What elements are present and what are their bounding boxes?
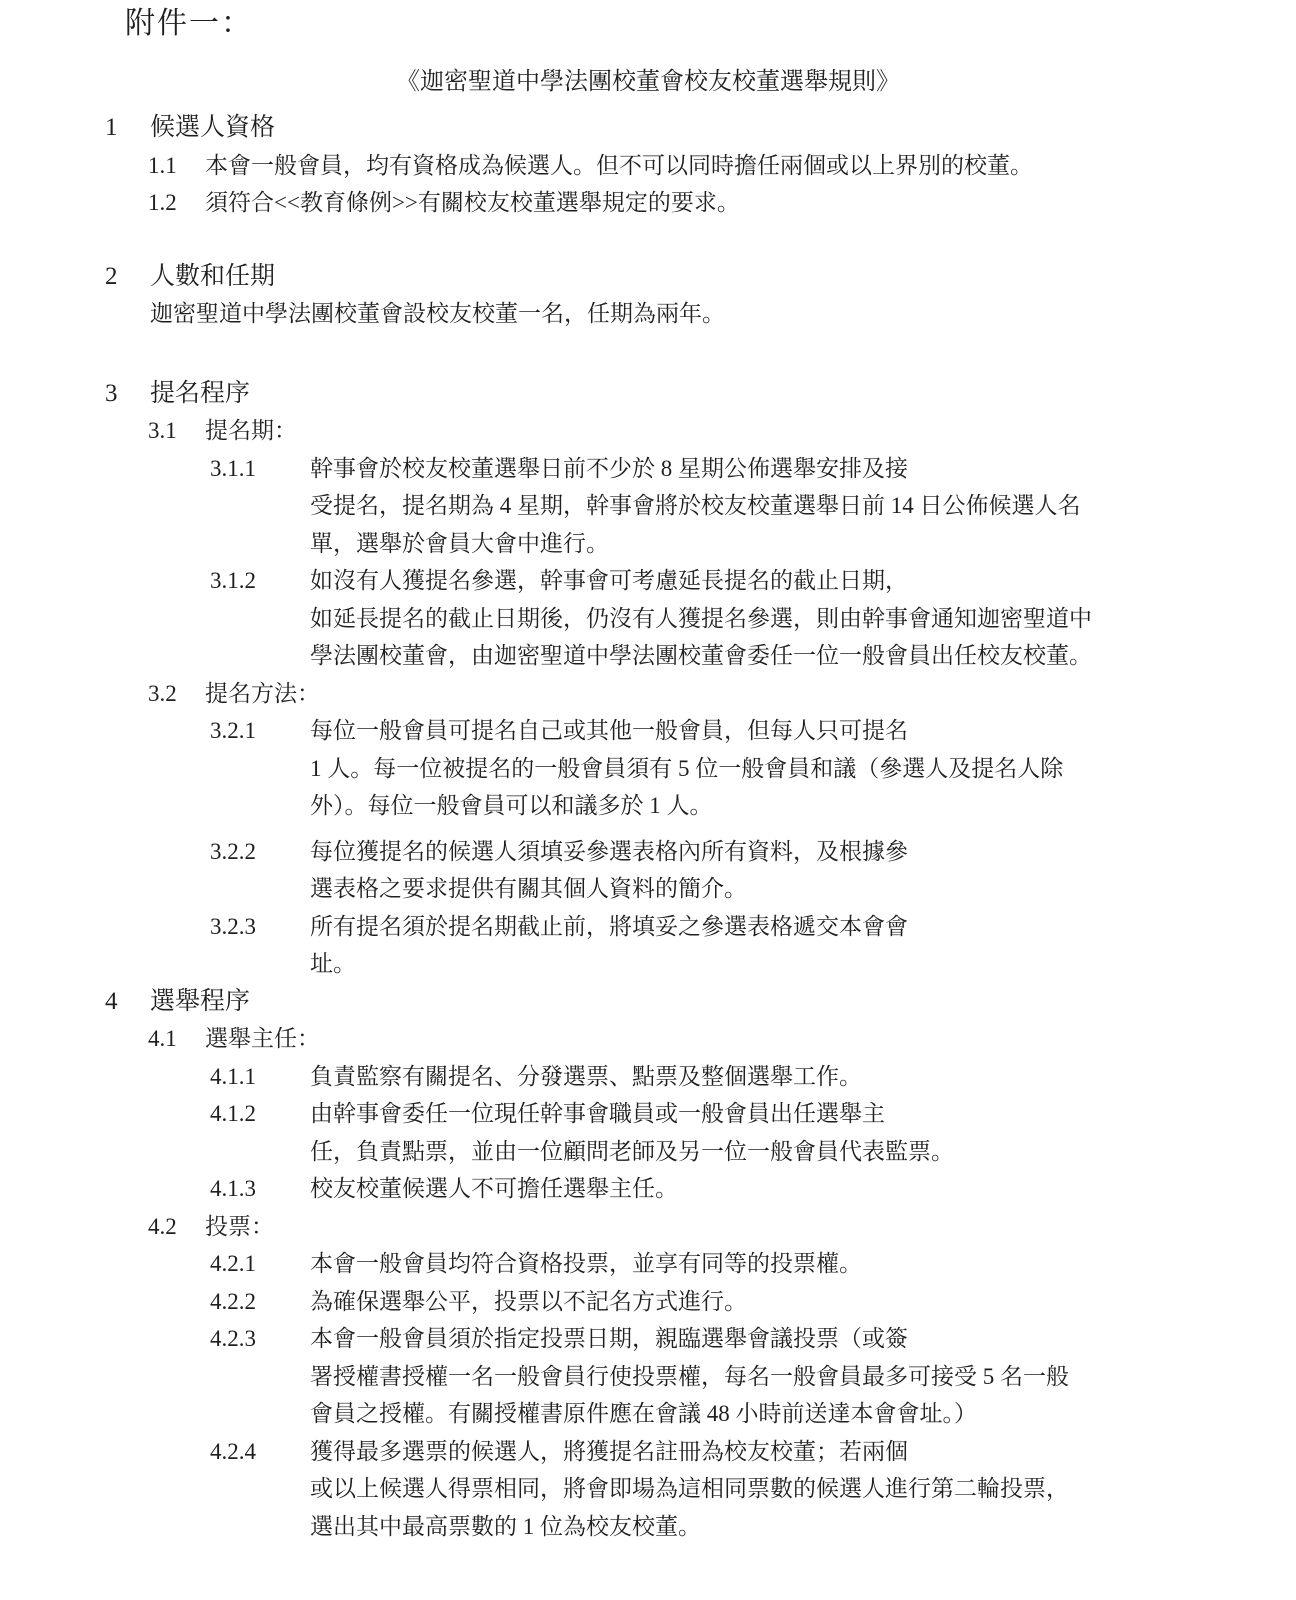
item-text: 如延長提名的截止日期後，仍沒有人獲提名參選，則由幹事會通知迦密聖道中 [310, 600, 1296, 638]
list-item-4-2-3: 4.2.3 本會一般會員須於指定投票日期，親臨選舉會議投票（或簽 署授權書授權一… [210, 1320, 1296, 1433]
heading-text: 選舉程序 [150, 983, 1296, 1021]
item-number: 3.2.3 [210, 908, 310, 983]
section-2-body: 迦密聖道中學法團校董會設校友校董一名，任期為兩年。 [150, 295, 1296, 333]
section-heading-4: 4 選舉程序 [105, 983, 1296, 1021]
item-text: 本會一般會員須於指定投票日期，親臨選舉會議投票（或簽 [310, 1320, 1296, 1358]
item-text: 選出其中最高票數的 1 位為校友校董。 [310, 1508, 1296, 1546]
attachment-label: 附件一： [125, 8, 1296, 40]
item-number: 4.2.3 [210, 1320, 310, 1433]
list-item-1-1: 1.1 本會一般會員，均有資格成為候選人。但不可以同時擔任兩個或以上界別的校董。 [148, 147, 1296, 185]
list-item-4-1: 4.1 選舉主任： [148, 1020, 1296, 1058]
item-text: 任，負責點票，並由一位顧問老師及另一位一般會員代表監票。 [310, 1133, 1296, 1171]
item-number: 3.1 [148, 412, 205, 450]
list-item-4-2-2: 4.2.2 為確保選舉公平，投票以不記名方式進行。 [210, 1283, 1296, 1321]
item-text: 提名方法： [205, 675, 1296, 713]
item-text: 選舉主任： [205, 1020, 1296, 1058]
list-item-4-1-2: 4.1.2 由幹事會委任一位現任幹事會職員或一般會員出任選舉主 任，負責點票，並… [210, 1095, 1296, 1170]
item-text: 由幹事會委任一位現任幹事會職員或一般會員出任選舉主 [310, 1095, 1296, 1133]
item-text: 每位一般會員可提名自己或其他一般會員，但每人只可提名 [310, 712, 1296, 750]
list-item-3-2: 3.2 提名方法： [148, 675, 1296, 713]
list-item-4-1-3: 4.1.3 校友校董候選人不可擔任選舉主任。 [210, 1170, 1296, 1208]
item-text: 署授權書授權一名一般會員行使投票權，每名一般會員最多可接受 5 名一般 [310, 1358, 1296, 1396]
item-number: 3.2.2 [210, 833, 310, 908]
item-text: 本會一般會員，均有資格成為候選人。但不可以同時擔任兩個或以上界別的校董。 [205, 147, 1296, 185]
list-item-3-1-1: 3.1.1 幹事會於校友校董選舉日前不少於 8 星期公佈選舉安排及接 受提名，提… [210, 450, 1296, 563]
item-text: 投票： [205, 1208, 1296, 1246]
item-text: 為確保選舉公平，投票以不記名方式進行。 [310, 1283, 1296, 1321]
heading-text: 提名程序 [150, 375, 1296, 413]
item-number: 3.2 [148, 675, 205, 713]
item-number: 1.2 [148, 184, 205, 222]
item-text: 提名期： [205, 412, 1296, 450]
item-text: 須符合<<教育條例>>有關校友校董選舉規定的要求。 [205, 184, 1296, 222]
list-item-4-1-1: 4.1.1 負責監察有關提名、分發選票、點票及整個選舉工作。 [210, 1058, 1296, 1096]
list-item-3-1-2: 3.1.2 如沒有人獲提名參選，幹事會可考慮延長提名的截止日期， 如延長提名的截… [210, 562, 1296, 675]
item-number: 1.1 [148, 147, 205, 185]
list-item-1-2: 1.2 須符合<<教育條例>>有關校友校董選舉規定的要求。 [148, 184, 1296, 222]
section-heading-1: 1 候選人資格 [105, 109, 1296, 147]
item-number: 4.1.1 [210, 1058, 310, 1096]
item-text: 負責監察有關提名、分發選票、點票及整個選舉工作。 [310, 1058, 1296, 1096]
item-text: 單，選舉於會員大會中進行。 [310, 525, 1296, 563]
list-item-3-1: 3.1 提名期： [148, 412, 1296, 450]
item-text: 選表格之要求提供有關其個人資料的簡介。 [310, 870, 1296, 908]
item-number: 4.1 [148, 1020, 205, 1058]
document-page: 附件一： 《迦密聖道中學法團校董會校友校董選舉規則》 1 候選人資格 1.1 本… [0, 0, 1296, 1545]
heading-text: 人數和任期 [150, 258, 1296, 296]
item-text: 址。 [310, 945, 1296, 983]
item-number: 4.2.1 [210, 1245, 310, 1283]
list-item-4-2-4: 4.2.4 獲得最多選票的候選人，將獲提名註冊為校友校董；若兩個 或以上候選人得… [210, 1433, 1296, 1546]
item-text: 獲得最多選票的候選人，將獲提名註冊為校友校董；若兩個 [310, 1433, 1296, 1471]
item-number: 3.1.1 [210, 450, 310, 563]
item-text: 所有提名須於提名期截止前，將填妥之參選表格遞交本會會 [310, 908, 1296, 946]
item-text: 校友校董候選人不可擔任選舉主任。 [310, 1170, 1296, 1208]
paragraph-text: 迦密聖道中學法團校董會設校友校董一名，任期為兩年。 [150, 295, 1296, 333]
item-number: 4.1.2 [210, 1095, 310, 1170]
item-text: 本會一般會員均符合資格投票，並享有同等的投票權。 [310, 1245, 1296, 1283]
item-number: 4.2 [148, 1208, 205, 1246]
section-heading-2: 2 人數和任期 [105, 258, 1296, 296]
item-number: 3.2.1 [210, 712, 310, 825]
item-number: 3.1.2 [210, 562, 310, 675]
item-number: 4.1.3 [210, 1170, 310, 1208]
item-number: 4.2.2 [210, 1283, 310, 1321]
list-item-3-2-2: 3.2.2 每位獲提名的候選人須填妥參選表格內所有資料，及根據參 選表格之要求提… [210, 833, 1296, 908]
list-item-3-2-1: 3.2.1 每位一般會員可提名自己或其他一般會員，但每人只可提名 1 人。每一位… [210, 712, 1296, 825]
list-item-4-2: 4.2 投票： [148, 1208, 1296, 1246]
item-text: 每位獲提名的候選人須填妥參選表格內所有資料，及根據參 [310, 833, 1296, 871]
item-text: 外）。每位一般會員可以和議多於 1 人。 [310, 787, 1296, 825]
item-number: 1 [105, 109, 150, 147]
item-text: 學法團校董會，由迦密聖道中學法團校董會委任一位一般會員出任校友校董。 [310, 637, 1296, 675]
document-body: 1 候選人資格 1.1 本會一般會員，均有資格成為候選人。但不可以同時擔任兩個或… [0, 109, 1296, 1545]
document-title: 《迦密聖道中學法團校董會校友校董選舉規則》 [0, 67, 1296, 98]
heading-text: 候選人資格 [150, 109, 1296, 147]
item-text: 如沒有人獲提名參選，幹事會可考慮延長提名的截止日期， [310, 562, 1296, 600]
item-number: 4.2.4 [210, 1433, 310, 1546]
item-number: 4 [105, 983, 150, 1021]
item-number: 3 [105, 375, 150, 413]
list-item-3-2-3: 3.2.3 所有提名須於提名期截止前，將填妥之參選表格遞交本會會 址。 [210, 908, 1296, 983]
item-text: 受提名，提名期為 4 星期，幹事會將於校友校董選舉日前 14 日公佈候選人名 [310, 487, 1296, 525]
item-text: 或以上候選人得票相同，將會即場為這相同票數的候選人進行第二輪投票， [310, 1470, 1296, 1508]
item-text: 幹事會於校友校董選舉日前不少於 8 星期公佈選舉安排及接 [310, 450, 1296, 488]
list-item-4-2-1: 4.2.1 本會一般會員均符合資格投票，並享有同等的投票權。 [210, 1245, 1296, 1283]
item-text: 1 人。每一位被提名的一般會員須有 5 位一般會員和議（參選人及提名人除 [310, 750, 1296, 788]
item-text: 會員之授權。有關授權書原件應在會議 48 小時前送達本會會址。） [310, 1395, 1296, 1433]
section-heading-3: 3 提名程序 [105, 375, 1296, 413]
item-number: 2 [105, 258, 150, 296]
